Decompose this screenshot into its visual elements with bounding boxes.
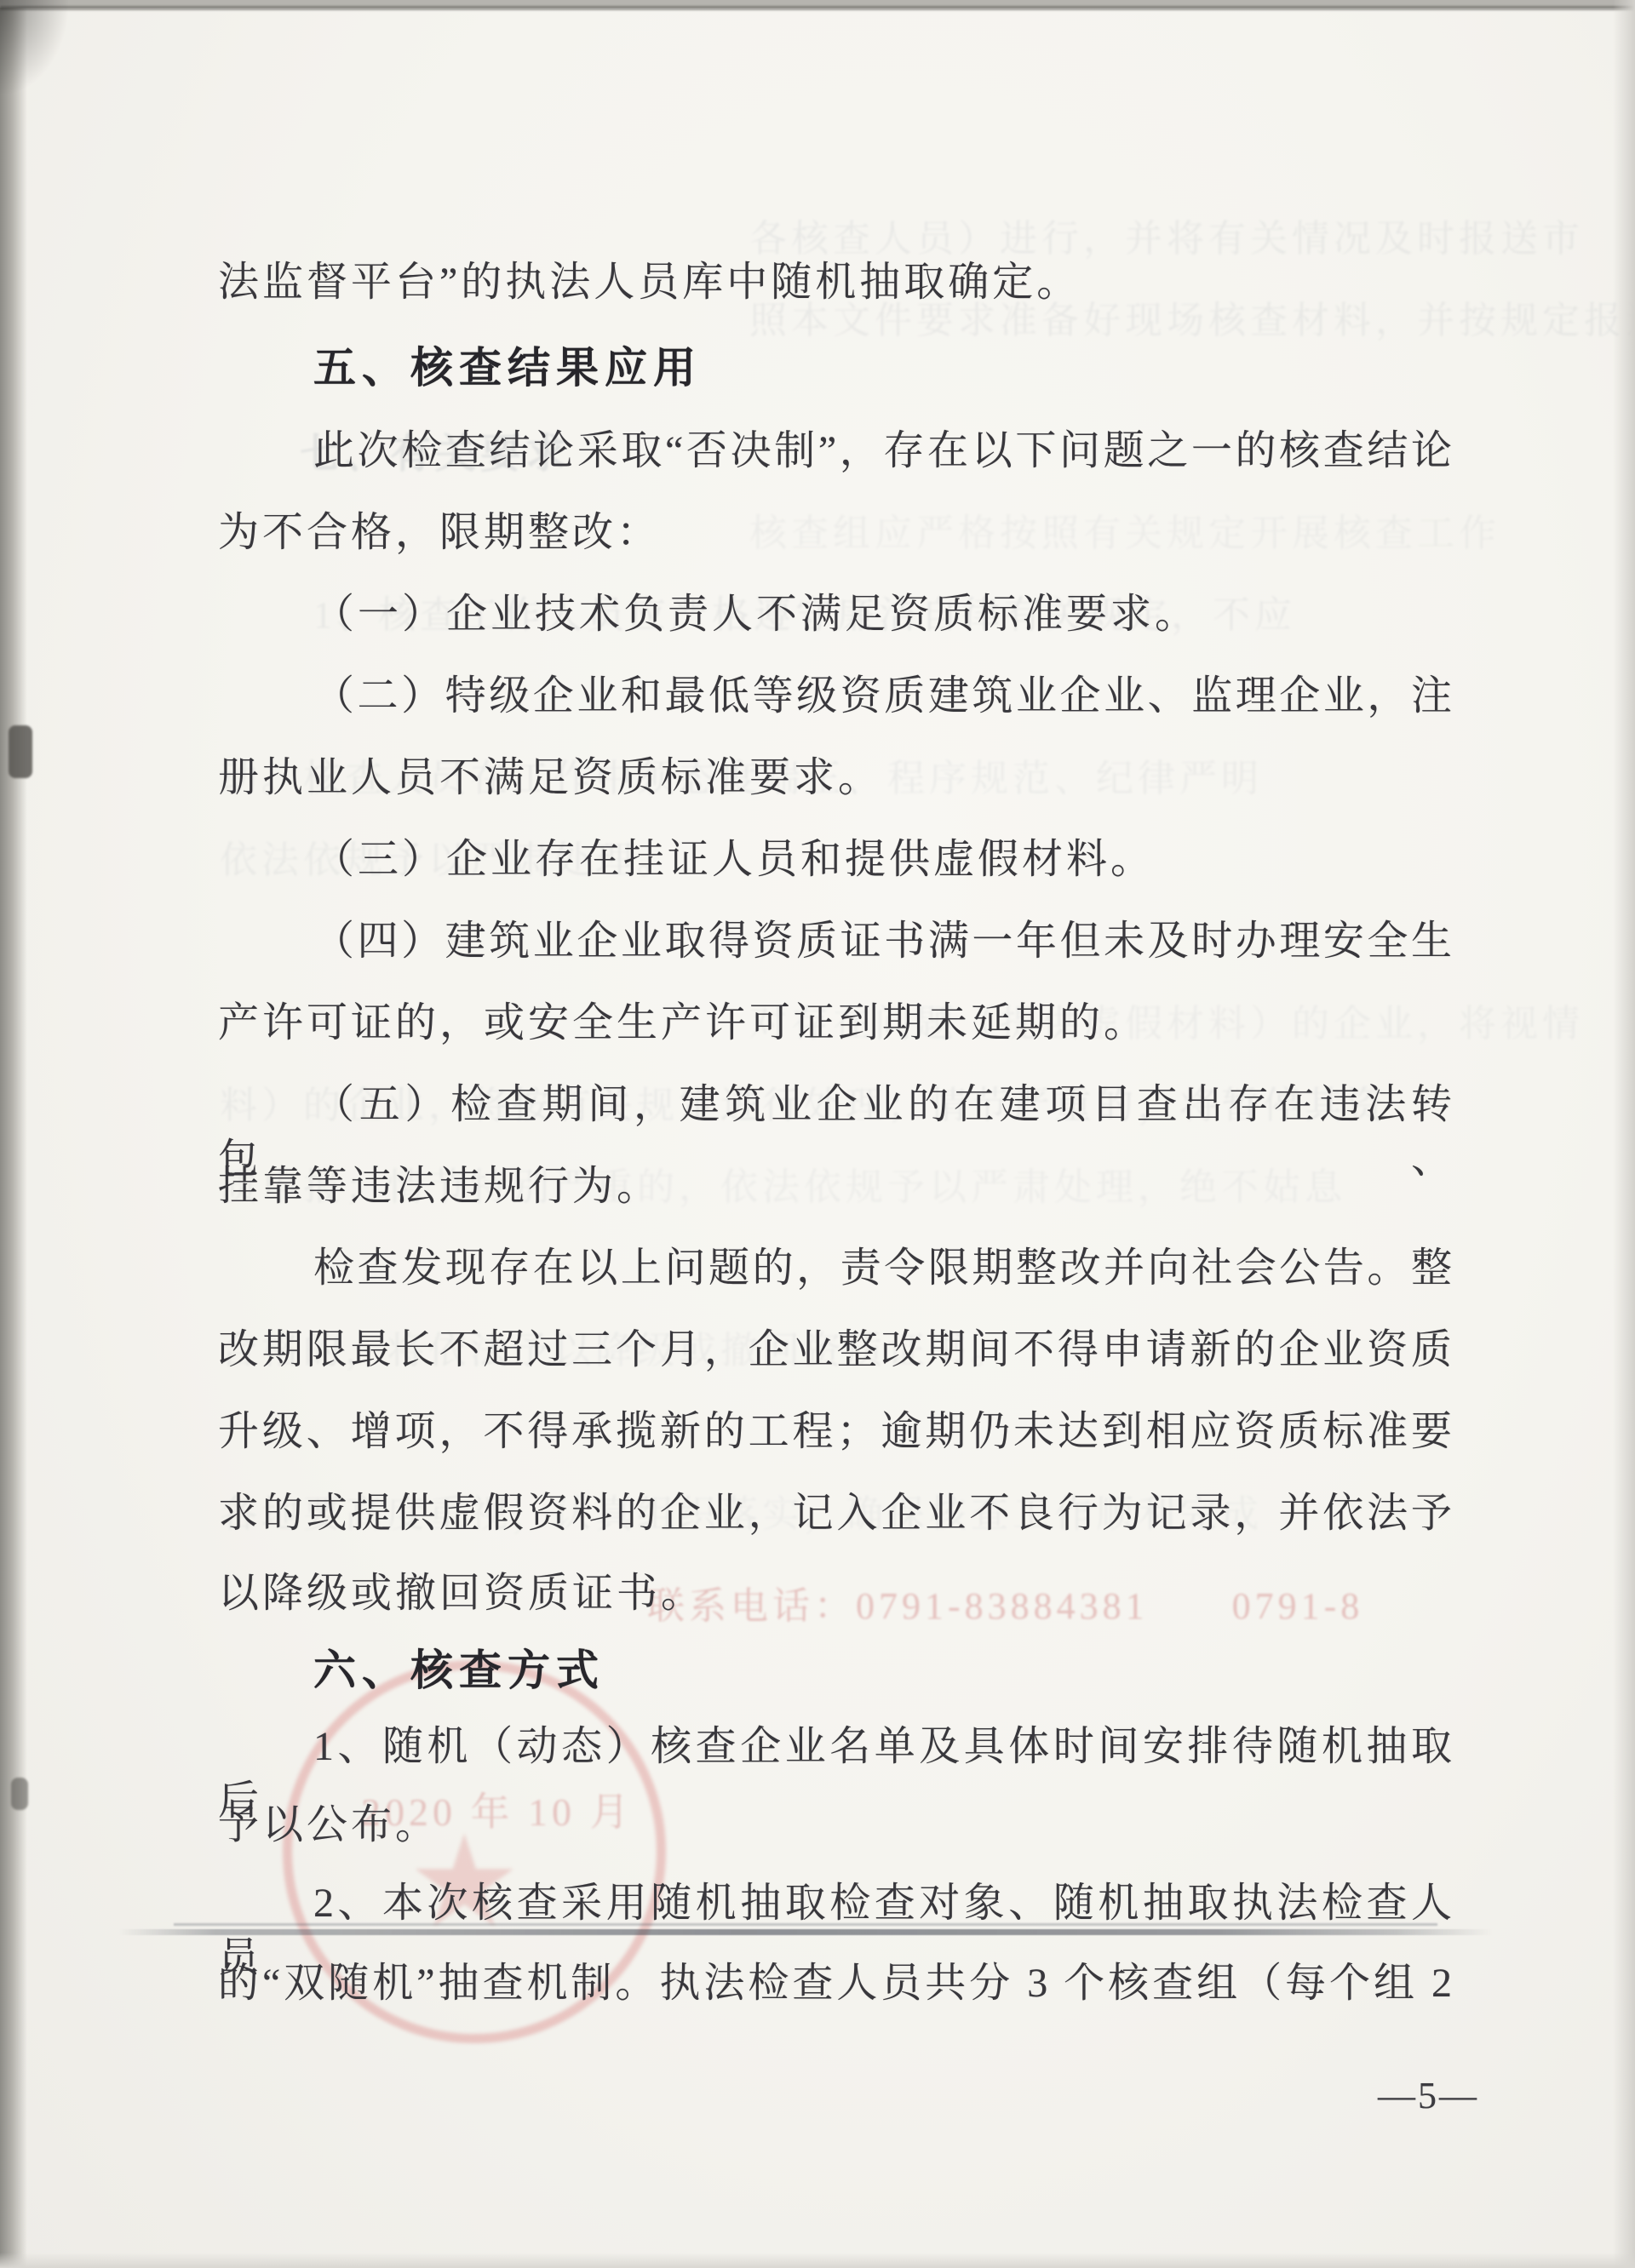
- scan-mark-left-2: [11, 1778, 28, 1810]
- body-text-line: 求的或提供虚假资料的企业，记入企业不良行为记录，并依法予: [218, 1486, 1454, 1541]
- scan-mark-left-1: [9, 725, 32, 778]
- body-text-line: 此次检查结论采取“否决制”，存在以下问题之一的核查结论: [218, 424, 1454, 478]
- body-text-line: （三）企业存在挂证人员和提供虚假材料。: [218, 833, 1454, 887]
- section-heading: 五、核查结果应用: [218, 341, 1454, 395]
- scan-corner-shadow: [0, 0, 68, 94]
- scanned-document-page: ★ 各核查人员）进行，并将有关情况及时报送市照本文件要求准备好现场核查材料，并按…: [0, 0, 1635, 2268]
- body-text-line: 升级、增项，不得承揽新的工程；逾期仍未达到相应资质标准要: [218, 1405, 1454, 1459]
- body-text-line: 为不合格，限期整改：: [218, 506, 1454, 560]
- scan-edge-right: [1613, 0, 1635, 2268]
- body-text-line: 以降级或撤回资质证书。: [218, 1566, 1454, 1621]
- body-text-line: 改期限最长不超过三个月，企业整改期间不得申请新的企业资质: [218, 1323, 1454, 1377]
- scan-edge-left: [0, 0, 27, 2268]
- body-text-line: 产许可证的，或安全生产许可证到期未延期的。: [218, 996, 1454, 1051]
- body-text-line: 1、随机（动态）核查企业名单及具体时间安排待随机抽取后: [218, 1720, 1454, 1774]
- section-heading: 六、核查方式: [218, 1643, 1454, 1698]
- body-text-line: （一）企业技术负责人不满足资质标准要求。: [218, 587, 1454, 642]
- body-text-line: 册执业人员不满足资质标准要求。: [218, 751, 1454, 805]
- scan-edge-bottom: [0, 2253, 1635, 2268]
- body-text-line: （四）建筑业企业取得资质证书满一年但未及时办理安全生: [218, 914, 1454, 969]
- body-text-line: （二）特级企业和最低等级资质建筑业企业、监理企业，注: [218, 669, 1454, 724]
- body-text-line: 的“双随机”抽查机制。执法检查人员共分 3 个核查组（每个组 2: [218, 1956, 1454, 2011]
- page-number: —5—: [1378, 2074, 1479, 2117]
- body-text-line: 法监督平台”的执法人员库中随机抽取确定。: [218, 255, 1454, 310]
- body-text-line: 挂靠等违法违规行为。: [218, 1160, 1454, 1214]
- scan-crease-line: [119, 1929, 1492, 1935]
- body-text-line: （五）检查期间，建筑业企业的在建项目查出存在违法转包、: [218, 1078, 1454, 1132]
- bleed-through-text: 各核查人员）进行，并将有关情况及时报送市: [749, 208, 1584, 262]
- body-text-line: 予以公布。: [218, 1798, 1454, 1853]
- body-text-line: 检查发现存在以上问题的，责令限期整改并向社会公告。整: [218, 1241, 1454, 1296]
- scan-edge-top-line: [0, 6, 1635, 10]
